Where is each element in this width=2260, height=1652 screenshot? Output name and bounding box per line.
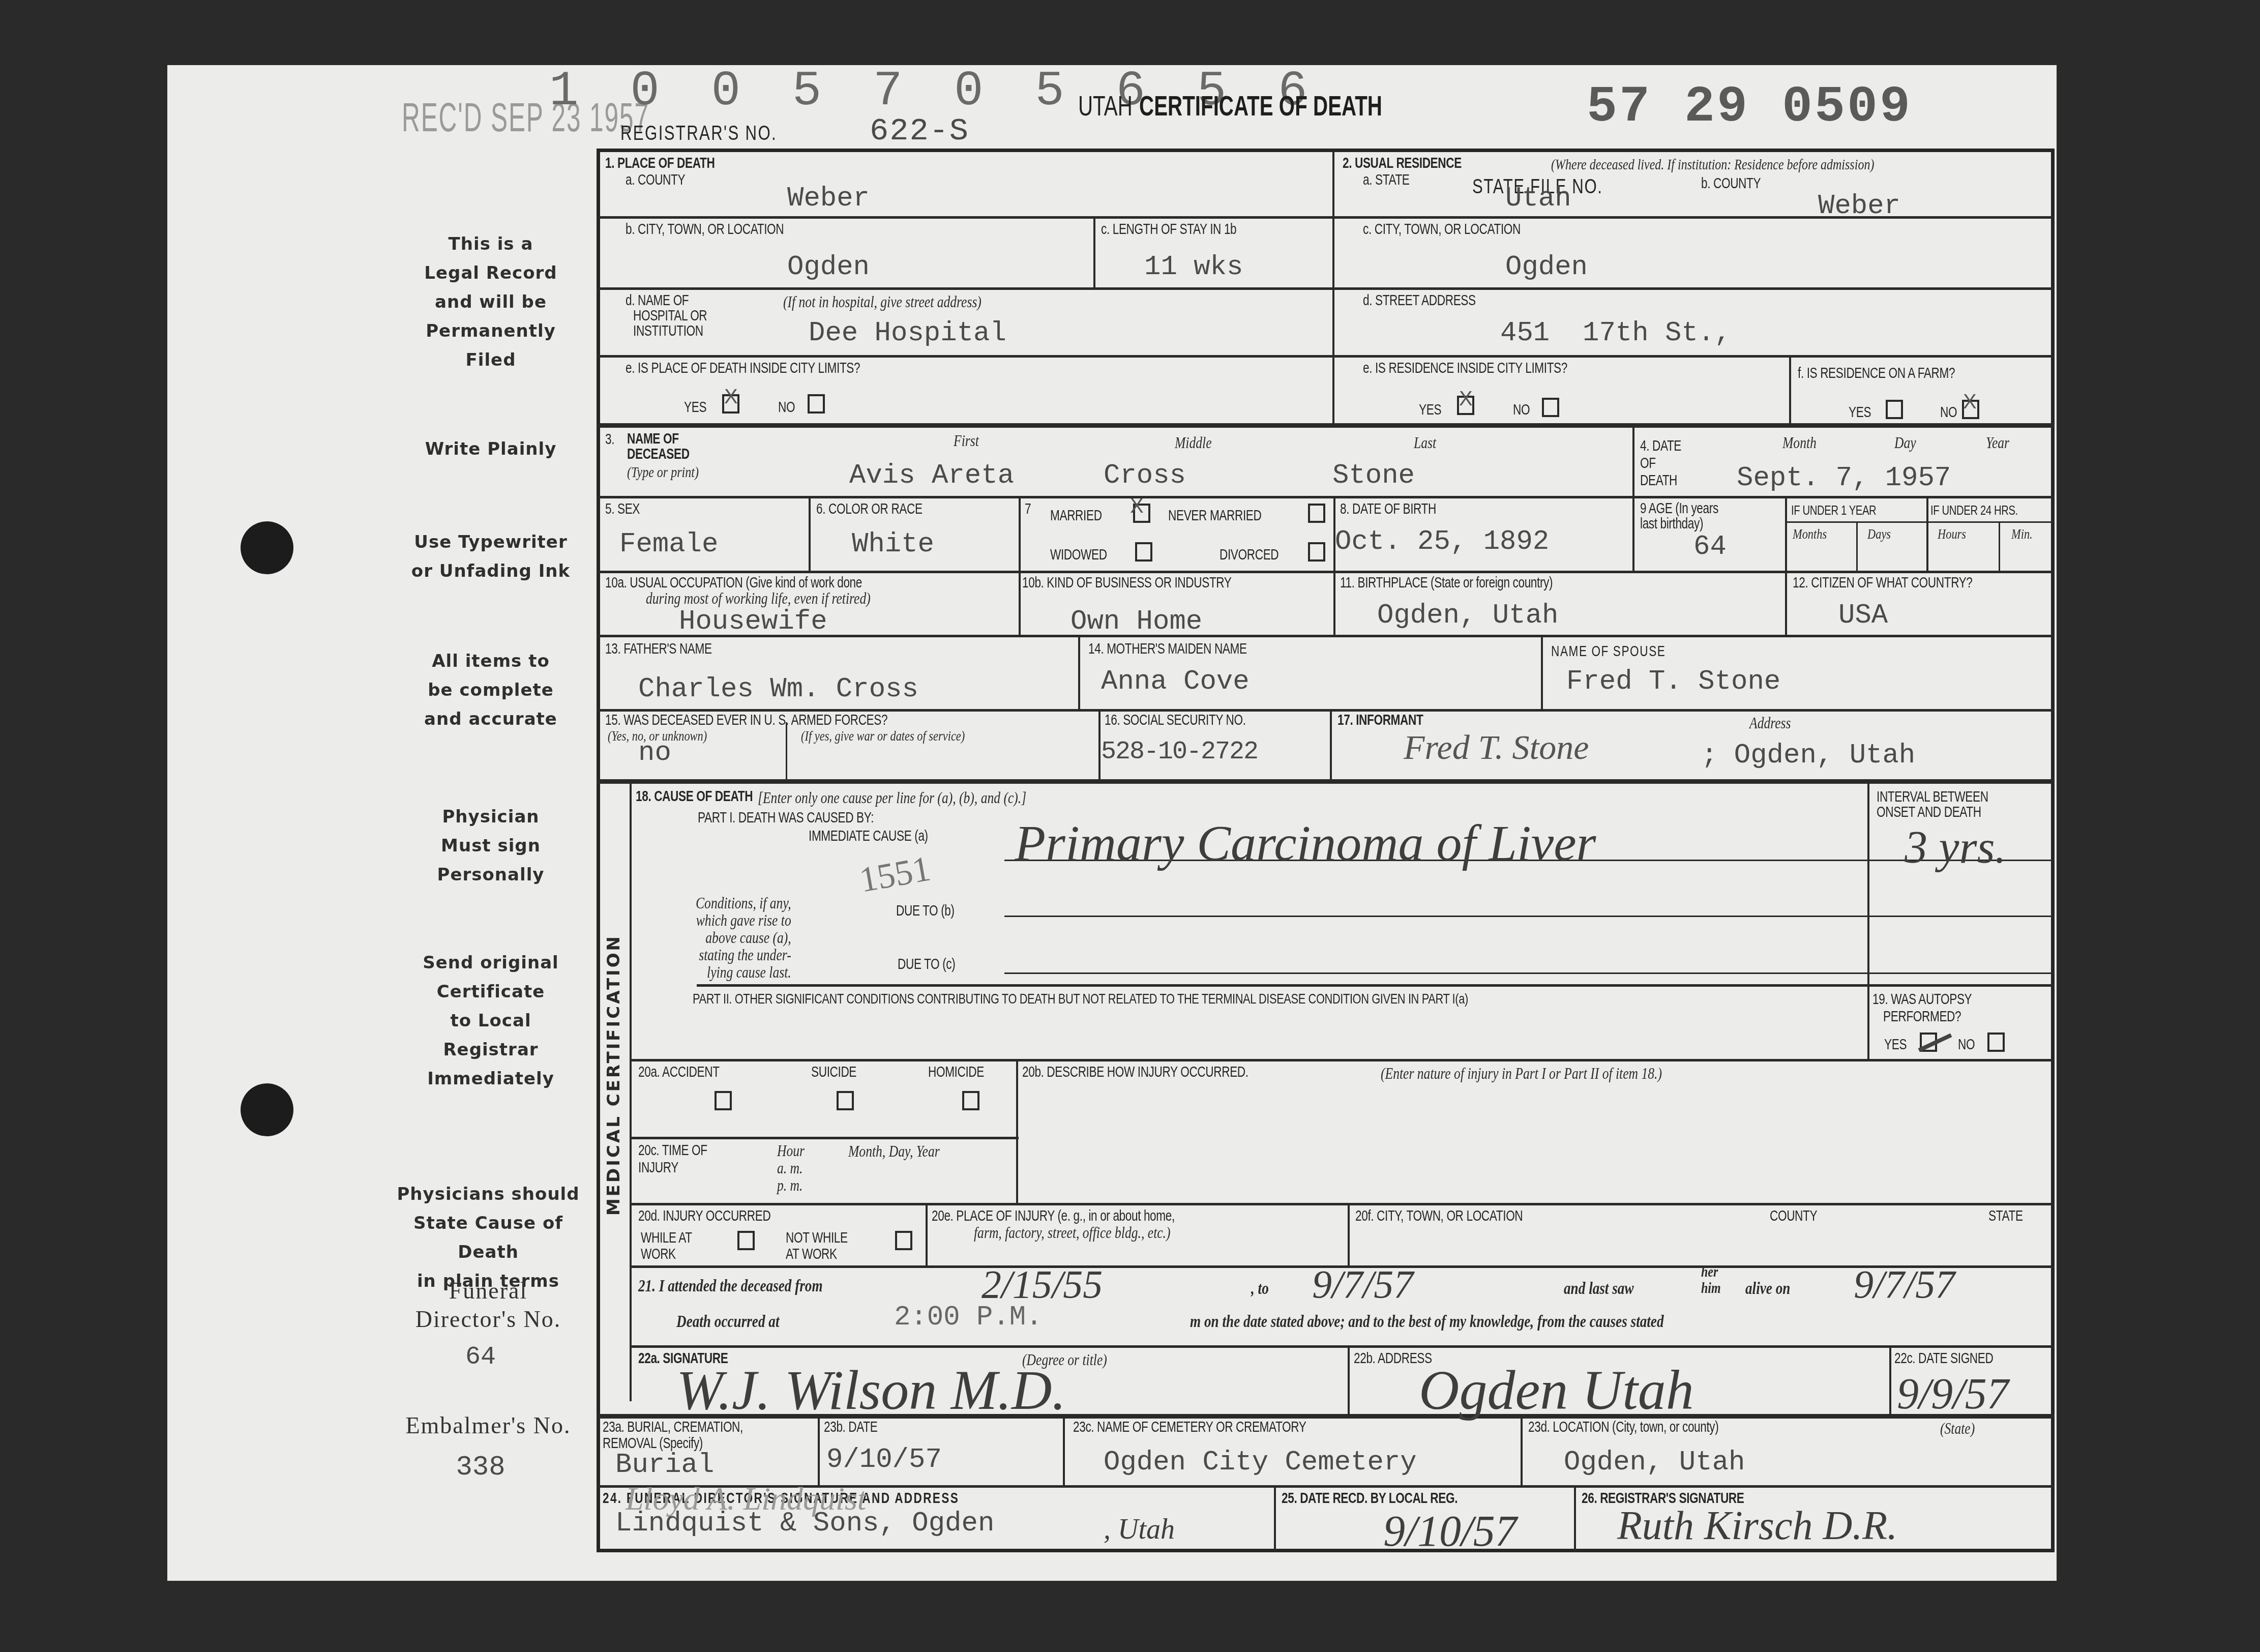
residence-city-value: Ogden (1505, 252, 1588, 283)
describe-injury-label: 20b. DESCRIBE HOW INJURY OCCURRED. (1022, 1064, 1248, 1081)
street-label: d. STREET ADDRESS (1363, 292, 1476, 309)
marital-num: 7 (1025, 501, 1031, 518)
residence-county-label: b. COUNTY (1701, 175, 1761, 192)
armed-forces-hint-2: (If yes, give war or dates of service) (801, 728, 965, 745)
cemetery-value: Ogden City Cemetery (1104, 1447, 1417, 1478)
injury-county-label: COUNTY (1770, 1208, 1817, 1225)
divider (1004, 972, 2055, 974)
check-mark: X (1963, 392, 1977, 412)
under-24-hrs-label: IF UNDER 24 HRS. (1930, 503, 2018, 518)
middle-name-value: Cross (1104, 460, 1186, 491)
birthplace-value: Ogden, Utah (1377, 600, 1558, 631)
divider (597, 779, 2055, 784)
autopsy-label: 19. WAS AUTOPSY PERFORMED? (1872, 991, 1972, 1025)
her-him-label: her him (1701, 1264, 1721, 1296)
spouse-value: Fred T. Stone (1566, 666, 1780, 697)
yes-label: YES (1884, 1037, 1907, 1053)
hospital-label-2: HOSPITAL OR (633, 308, 707, 324)
date-of-death-value: Sept. 7, 1957 (1737, 463, 1951, 494)
last-name-value: Stone (1332, 460, 1415, 491)
yes-label: YES (1849, 404, 1871, 421)
no-label: NO (1940, 404, 1957, 421)
title-text: CERTIFICATE OF DEATH (1139, 90, 1382, 122)
occupation-hint: during most of working life, even if ret… (646, 589, 871, 608)
divider (786, 722, 787, 781)
state-file-no: 57 29 0509 (1587, 79, 1912, 136)
divorced-checkbox[interactable] (1308, 542, 1325, 562)
sidebar-note-write-plainly: Write Plainly (407, 435, 575, 464)
hole-punch (241, 521, 293, 574)
place-county-value: Weber (787, 183, 870, 214)
burial-label: 23a. BURIAL, CREMATION, REMOVAL (Specify… (603, 1419, 743, 1452)
age-label: 9 AGE (In years last birthday) (1640, 501, 1718, 532)
sex-value: Female (619, 529, 718, 560)
death-occurred-label: Death occurred at (676, 1312, 779, 1332)
place-city-limits-label: e. IS PLACE OF DEATH INSIDE CITY LIMITS? (626, 360, 860, 377)
hospital-label-1: d. NAME OF (626, 292, 689, 309)
place-of-injury-hint: farm, factory, street, office bldg., etc… (974, 1223, 1171, 1242)
hours-label: Hours (1938, 526, 1966, 543)
accident-label: 20a. ACCIDENT (638, 1064, 720, 1081)
residence-state-label: a. STATE (1363, 172, 1410, 189)
divider (597, 709, 2055, 712)
city-label: b. CITY, TOWN, OR LOCATION (626, 221, 784, 238)
middle-label: Middle (1175, 433, 1212, 452)
residence-city-limits-label: e. IS RESIDENCE INSIDE CITY LIMITS? (1363, 360, 1567, 377)
place-city-limits-no-checkbox[interactable] (808, 394, 825, 414)
divider (1093, 216, 1095, 287)
divider (1274, 1485, 1276, 1552)
no-label: NO (1958, 1037, 1975, 1053)
autopsy-no-checkbox[interactable] (1987, 1032, 2005, 1052)
cemetery-label: 23c. NAME OF CEMETERY OR CREMATORY (1073, 1419, 1306, 1436)
first-name-value: Avis Areta (849, 460, 1014, 491)
race-label: 6. COLOR OR RACE (816, 501, 923, 518)
divider (1889, 1345, 1891, 1417)
while-at-work-label: WHILE AT WORK (641, 1230, 692, 1262)
date-signed-label: 22c. DATE SIGNED (1894, 1350, 1993, 1367)
dob-value: Oct. 25, 1892 (1335, 526, 1549, 557)
injury-city-label: 20f. CITY, TOWN, OR LOCATION (1355, 1208, 1523, 1225)
suicide-checkbox[interactable] (837, 1091, 854, 1110)
conditions-label: Conditions, if any, which gave rise to a… (696, 894, 791, 981)
injury-occurred-label: 20d. INJURY OCCURRED (638, 1208, 770, 1225)
industry-value: Own Home (1070, 606, 1202, 637)
residence-city-label: c. CITY, TOWN, OR LOCATION (1363, 221, 1521, 238)
cause-hint: [Enter only one cause per line for (a), … (758, 788, 1026, 807)
funeral-director-no-label: Funeral Director's No. (397, 1277, 580, 1334)
hole-punch (241, 1083, 293, 1136)
months-label: Months (1793, 526, 1827, 543)
interval-label: INTERVAL BETWEEN ONSET AND DEATH (1877, 789, 1988, 820)
divider (1330, 709, 1332, 781)
farm-label: f. IS RESIDENCE ON A FARM? (1798, 365, 1955, 382)
certificate-title: UTAH CERTIFICATE OF DEATH (1078, 89, 1382, 122)
stay-value: 11 wks (1144, 252, 1243, 283)
immediate-cause-label: IMMEDIATE CAUSE (a) (809, 828, 928, 845)
usual-residence-label: 2. USUAL RESIDENCE (1343, 155, 1462, 172)
never-married-label: NEVER MARRIED (1168, 508, 1261, 524)
mother-value: Anna Cove (1101, 666, 1250, 697)
divider (1789, 355, 1791, 423)
divider (630, 1203, 2055, 1205)
under-1-year-label: IF UNDER 1 YEAR (1791, 503, 1876, 518)
divider (597, 496, 2055, 498)
to-label: , to (1251, 1279, 1269, 1299)
divider (630, 1059, 2055, 1061)
divider (1098, 709, 1101, 781)
registrar-no: 622-S (870, 113, 969, 149)
spouse-label: NAME OF SPOUSE (1551, 643, 1666, 660)
mother-label: 14. MOTHER'S MAIDEN NAME (1088, 641, 1247, 658)
widowed-checkbox[interactable] (1135, 542, 1152, 562)
divorced-label: DIVORCED (1220, 547, 1278, 564)
divider (1016, 1059, 1018, 1138)
last-saw-date-value: 9/7/57 (1854, 1261, 1955, 1307)
ssn-value: 528-10-2722 (1101, 737, 1258, 766)
days-label: Days (1867, 526, 1891, 543)
place-city-value: Ogden (787, 252, 870, 283)
location-state-label: (State) (1940, 1419, 1975, 1438)
burial-date-label: 23b. DATE (824, 1419, 877, 1436)
divider (1348, 1203, 1350, 1265)
yes-label: YES (1419, 402, 1441, 419)
sidebar-note-physician: Physician Must sign Personally (407, 803, 575, 890)
describe-injury-hint: (Enter nature of injury in Part I or Par… (1381, 1064, 1662, 1083)
birthplace-label: 11. BIRTHPLACE (State or foreign country… (1340, 575, 1553, 592)
divider (1348, 1345, 1350, 1417)
title-prefix: UTAH (1078, 90, 1133, 122)
time-of-injury-label: 20c. TIME OF INJURY (638, 1142, 707, 1176)
registrar-no-label: REGISTRAR'S NO. (620, 122, 777, 145)
date-recd-value: 9/10/57 (1383, 1506, 1517, 1556)
funeral-director-no: 64 (448, 1343, 514, 1372)
not-while-at-work-checkbox[interactable] (895, 1231, 912, 1250)
attended-to-value: 9/7/57 (1312, 1261, 1413, 1307)
name-hint: (Type or print) (627, 464, 699, 481)
due-to-c-label: DUE TO (c) (898, 956, 955, 973)
suicide-label: SUICIDE (811, 1064, 856, 1081)
hospital-label-3: INSTITUTION (633, 323, 703, 340)
day-label: Day (1894, 433, 1916, 452)
place-of-injury-label: 20e. PLACE OF INJURY (e. g., in or about… (932, 1208, 1175, 1225)
divider (1856, 521, 1858, 571)
funeral-director-state: , Utah (1104, 1513, 1175, 1546)
attended-label: 21. I attended the deceased from (638, 1277, 823, 1296)
divider (630, 1137, 1019, 1139)
divider (597, 571, 2055, 573)
divider (818, 1414, 820, 1486)
industry-label: 10b. KIND OF BUSINESS OR INDUSTRY (1022, 575, 1232, 592)
divider (597, 423, 2055, 428)
citizen-label: 12. CITIZEN OF WHAT COUNTRY? (1793, 575, 1973, 592)
farm-yes-checkbox[interactable] (1886, 400, 1903, 419)
first-label: First (954, 431, 979, 450)
date-of-death-label: 4. DATE OF DEATH (1640, 437, 1681, 489)
part2-label: PART II. OTHER SIGNIFICANT CONDITIONS CO… (693, 991, 1468, 1007)
year-label: Year (1986, 433, 2009, 452)
residence-county-value: Weber (1818, 191, 1900, 222)
location-value: Ogden, Utah (1564, 1447, 1745, 1478)
divider (1541, 635, 1543, 709)
mdy-label: Month, Day, Year (848, 1142, 940, 1161)
divider (1063, 1414, 1065, 1486)
divider (1019, 496, 1021, 635)
divider (1867, 783, 1869, 1060)
informant-address-label: Address (1749, 714, 1791, 732)
accident-checkbox[interactable] (715, 1091, 732, 1110)
burial-value: Burial (615, 1450, 714, 1481)
occupation-value: Housewife (679, 606, 827, 637)
attended-from-value: 2/15/55 (982, 1261, 1103, 1307)
divider (697, 984, 2055, 987)
last-saw-label: and last saw (1564, 1279, 1634, 1299)
divider (1521, 1414, 1523, 1486)
hour-label: Hour a. m. p. m. (777, 1142, 805, 1194)
month-label: Month (1782, 433, 1817, 452)
death-occurred-suffix: m on the date stated above; and to the b… (1190, 1312, 1664, 1332)
immediate-cause-value: Primary Carcinoma of Liver (1015, 814, 1596, 872)
name-label-num: 3. (605, 431, 614, 448)
residence-state-value: Utah (1505, 183, 1571, 214)
no-label: NO (778, 399, 795, 416)
citizen-value: USA (1838, 600, 1888, 631)
ssn-label: 16. SOCIAL SECURITY NO. (1105, 712, 1246, 729)
informant-label: 17. INFORMANT (1337, 712, 1423, 729)
part1-label: PART I. DEATH WAS CAUSED BY: (698, 810, 874, 827)
divider (597, 355, 2055, 358)
hospital-hint: (If not in hospital, give street address… (783, 292, 982, 311)
race-value: White (852, 529, 934, 560)
funeral-director-value: Lindquist & Sons, Ogden (615, 1508, 994, 1539)
min-label: Min. (2011, 526, 2033, 543)
date-recd-label: 25. DATE RECD. BY LOCAL REG. (1282, 1490, 1458, 1507)
homicide-checkbox[interactable] (962, 1091, 979, 1110)
dob-label: 8. DATE OF BIRTH (1340, 501, 1436, 518)
divider (1785, 496, 1787, 635)
injury-state-label: STATE (1988, 1208, 2023, 1225)
sidebar-note-typewriter: Use Typewriter or Unfading Ink (407, 528, 575, 586)
not-while-at-work-label: NOT WHILE AT WORK (786, 1230, 848, 1262)
divider (1016, 1137, 1018, 1203)
divider (1333, 496, 1335, 635)
check-mark: X (1459, 389, 1473, 409)
divider (1078, 635, 1080, 709)
street-value: 451 17th St., (1500, 318, 1731, 349)
burial-date-value: 9/10/57 (826, 1444, 942, 1476)
informant-signature: Fred T. Stone (1404, 727, 1589, 768)
sidebar-note-legal: This is a Legal Record and will be Perma… (407, 230, 575, 375)
widowed-label: WIDOWED (1050, 547, 1107, 564)
county-label: a. COUNTY (626, 172, 685, 189)
medical-certification-side-label: MEDICAL CERTIFICATION (604, 934, 624, 1216)
divider (1785, 521, 2055, 523)
check-mark: X (1130, 496, 1144, 516)
sidebar-note-send-original: Send original Certificate to Local Regis… (407, 949, 575, 1094)
armed-forces-label: 15. WAS DECEASED EVER IN U. S. ARMED FOR… (605, 712, 887, 729)
name-label: NAME OF DECEASED (627, 431, 690, 462)
death-time-value: 2:00 P.M. (894, 1302, 1043, 1333)
location-label: 23d. LOCATION (City, town, or county) (1528, 1419, 1718, 1436)
divider (926, 1203, 928, 1265)
registrar-signature: Ruth Kirsch D.R. (1617, 1503, 1897, 1549)
father-label: 13. FATHER'S NAME (605, 641, 712, 658)
divider (630, 783, 632, 1401)
divider (597, 287, 2055, 290)
married-label: MARRIED (1050, 508, 1102, 524)
while-at-work-checkbox[interactable] (737, 1231, 755, 1250)
residence-city-limits-no-checkbox[interactable] (1542, 398, 1559, 417)
armed-forces-value: no (638, 737, 671, 769)
divider (809, 496, 811, 571)
cause-of-death-label: 18. CAUSE OF DEATH (636, 788, 753, 805)
divider (1004, 916, 2055, 917)
embalmer-no-label: Embalmer's No. (397, 1411, 580, 1440)
divider (1574, 1485, 1576, 1552)
informant-address-value: ; Ogden, Utah (1701, 740, 1915, 771)
divider (1926, 496, 1928, 571)
father-value: Charles Wm. Cross (638, 674, 918, 705)
physician-address-value: Ogden Utah (1419, 1358, 1694, 1423)
yes-label: YES (684, 399, 706, 416)
alive-on-label: alive on (1745, 1279, 1790, 1299)
physician-signature: W.J. Wilson M.D. (676, 1358, 1066, 1423)
place-of-death-label: 1. PLACE OF DEATH (605, 155, 715, 172)
date-signed-value: 9/9/57 (1897, 1368, 2009, 1419)
stay-label: c. LENGTH OF STAY IN 1b (1101, 221, 1236, 238)
homicide-label: HOMICIDE (928, 1064, 984, 1081)
last-label: Last (1414, 433, 1436, 452)
sex-label: 5. SEX (605, 501, 640, 518)
divider (630, 1345, 2055, 1348)
due-to-b-label: DUE TO (b) (896, 903, 955, 920)
never-married-checkbox[interactable] (1308, 504, 1325, 523)
hospital-value: Dee Hospital (809, 318, 1006, 349)
divider (1999, 521, 2000, 571)
no-label: NO (1513, 402, 1530, 419)
divider (1332, 149, 1334, 423)
age-value: 64 (1693, 532, 1727, 563)
usual-residence-hint: (Where deceased lived. If institution: R… (1551, 156, 1874, 173)
check-mark: X (724, 387, 738, 407)
embalmer-no: 338 (448, 1452, 514, 1483)
sidebar-note-complete: All items to be complete and accurate (407, 647, 575, 734)
interval-value: 3 yrs. (1905, 821, 2006, 874)
